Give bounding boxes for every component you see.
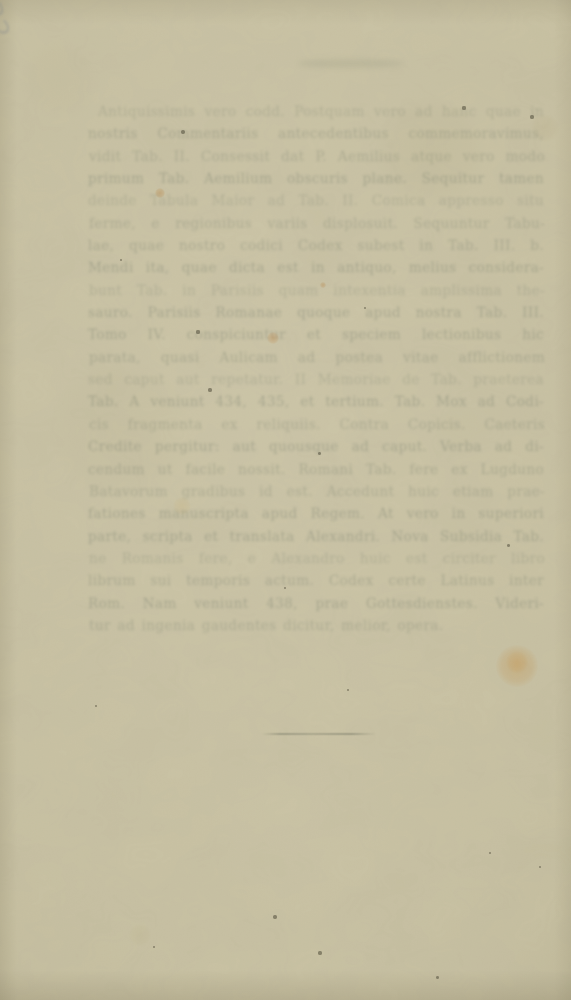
ghost-text-line: librum sui temporis actum. Codex certe L… — [88, 570, 544, 592]
ghost-text-line: Antiquissimis vero codd. Postquam vero a… — [88, 101, 544, 123]
ghost-text-line: Rom. Nam veniunt 438, prae Gottesdienste… — [88, 593, 544, 615]
ghost-text-line: parte, scripta et translata Alexandri. N… — [88, 526, 544, 548]
ghost-text-line: fationes manuscripta apud Regem. At vero… — [88, 503, 544, 525]
scanned-book-page: { "pencil_mark": "32", "colors": { "pape… — [0, 0, 571, 1000]
ghost-text-line: lae, quae nostro codici Codex subest in … — [88, 235, 544, 257]
ghost-text-line: ferme, e regionibus variis displosuit. S… — [89, 213, 545, 235]
ghost-text-line: deinde Tabula Maior ad Tab. II. Comica a… — [88, 190, 544, 212]
ghost-text-line: tur ad ingenia gaudentes dicitur, melior… — [89, 615, 545, 637]
ghost-text-line: parata, quasi Aulicam ad postea vitae af… — [89, 347, 545, 369]
ghost-text-line: sauro. Parisiis Romanae quoque apud nost… — [88, 302, 544, 324]
ghost-running-head-smudge — [298, 59, 404, 68]
ghost-text-line: sed caput aut repetatur. II Memoriae de … — [88, 369, 544, 391]
ghost-text-line: bunt Tab. in Parisiis quam intexentia am… — [89, 280, 545, 302]
ghost-text-line: primum Tab. Aemilium obscuris plane. Seq… — [88, 168, 544, 190]
ghost-text-block: Antiquissimis vero codd. Postquam vero a… — [88, 101, 544, 637]
ghost-text-line: Tab. A veniunt 434, 435, et tertium. Tab… — [88, 391, 544, 413]
ghost-text-line: cendum ut facile nossit. Romani Tab. fer… — [88, 459, 544, 481]
ghost-text-line: vidit Tab. II. Consessit dat P. Aemilius… — [89, 146, 545, 168]
ghost-text-line: ne Romanis fere, e Alexandro huic est ci… — [89, 548, 545, 570]
ghost-text-line: Credite pergitur: aut quousque ad caput.… — [88, 436, 544, 458]
ghost-text-line: Mendi ita, quae dicta est in antiquo, me… — [88, 257, 544, 279]
ghost-text-line: nostris Commentariis antecedentibus comm… — [88, 123, 544, 145]
ghost-divider-rule — [262, 733, 376, 735]
ghost-text-line: Tomo IV. conspiciuntur et speciem lectio… — [88, 324, 544, 346]
ghost-text-line: cis fragmenta ex reliquiis. Contra Copic… — [89, 414, 545, 436]
ghost-text-line: Batavorum gradibus id est. Accedunt huic… — [89, 481, 545, 503]
